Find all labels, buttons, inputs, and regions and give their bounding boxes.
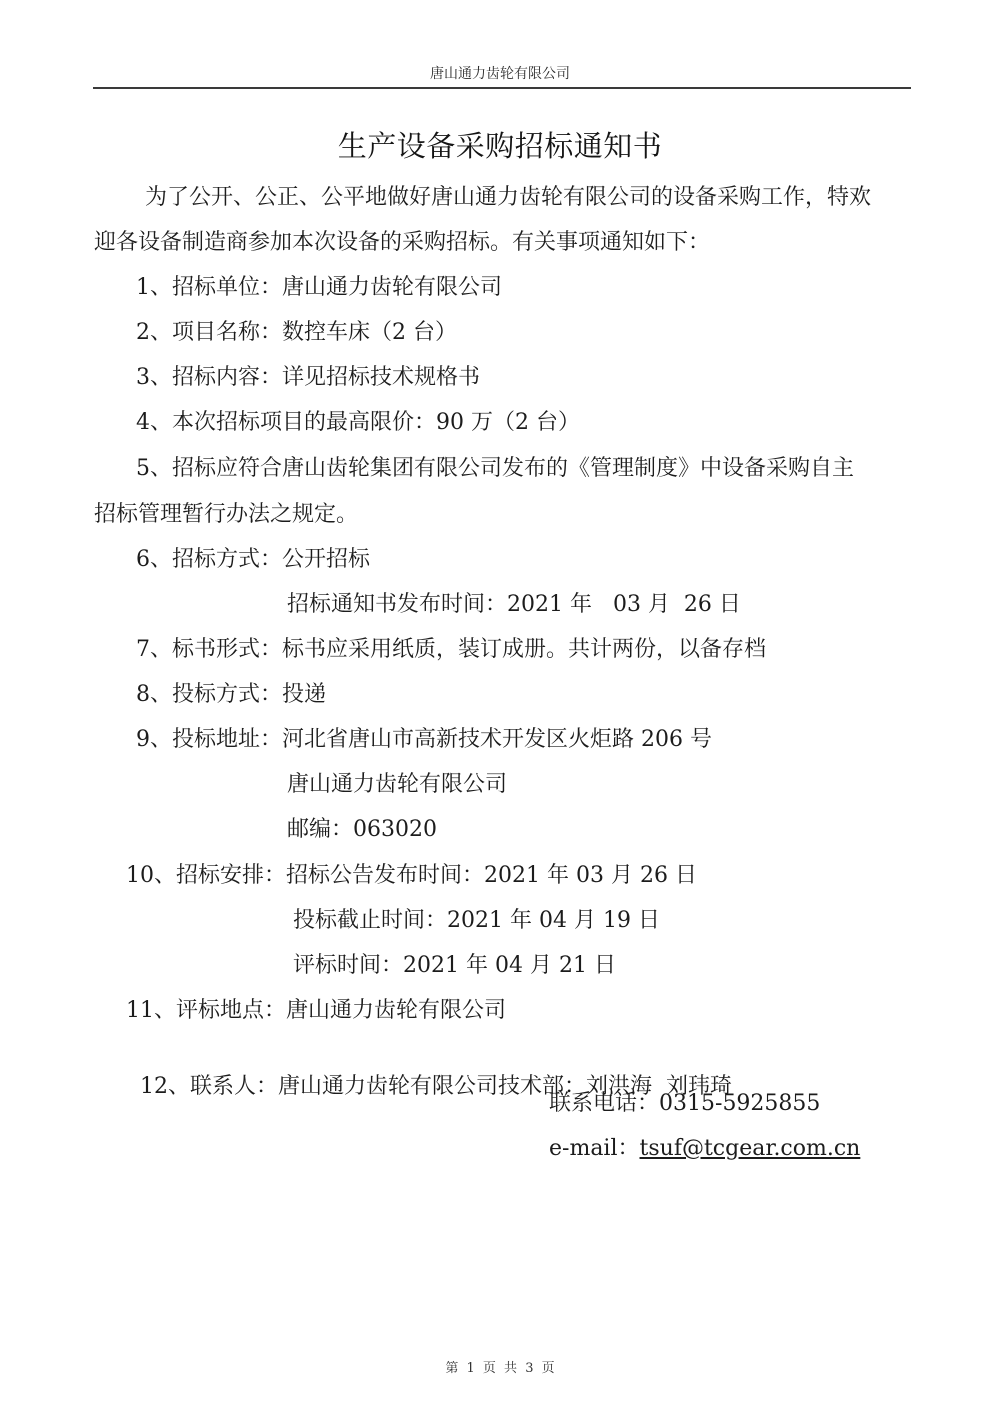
phone-number: 0315-5925855: [659, 1091, 820, 1116]
item-10-bid-deadline: 投标截止时间：2021 年 04 月 19 日: [293, 906, 660, 936]
item-2-project-name: 2、项目名称：数控车床（2 台）: [136, 318, 457, 348]
page-indicator: 第 1 页 共 3 页: [0, 1357, 1000, 1376]
item-10-evaluation-time: 评标时间：2021 年 04 月 21 日: [293, 951, 616, 981]
item-number: 12、: [140, 1074, 190, 1099]
contact-phone: 联系电话：0315-5925855: [549, 1089, 820, 1119]
item-number: 8、: [136, 682, 172, 707]
item-label: 联系人：: [190, 1074, 278, 1099]
item-4-max-price: 4、本次招标项目的最高限价：90 万（2 台）: [136, 408, 580, 438]
item-label: 招标单位：: [172, 275, 282, 300]
item-value: 详见招标技术规格书: [282, 365, 480, 390]
item-value: 公开招标: [282, 547, 370, 572]
item-label: 招标内容：: [172, 365, 282, 390]
item-number: 3、: [136, 365, 172, 390]
email-label: e-mail：: [549, 1136, 640, 1161]
item-label: 项目名称：: [172, 320, 282, 345]
item-number: 5、: [136, 456, 172, 481]
intro-paragraph-line-1: 为了公开、公正、公平地做好唐山通力齿轮有限公司的设备采购工作，特欢: [145, 183, 871, 213]
intro-paragraph-line-2: 迎各设备制造商参加本次设备的采购招标。有关事项通知如下：: [94, 228, 710, 258]
item-label: 投标地址：: [172, 727, 282, 752]
item-label: 招标方式：: [172, 547, 282, 572]
item-value: 投递: [282, 682, 326, 707]
item-number: 2、: [136, 320, 172, 345]
item-value: 招标公告发布时间：2021 年 03 月 26 日: [286, 863, 697, 888]
item-6-notice-release-time: 招标通知书发布时间：2021 年 03 月 26 日: [287, 590, 741, 620]
item-9-address-company: 唐山通力齿轮有限公司: [287, 770, 507, 800]
header-divider: [93, 87, 911, 89]
item-number: 10、: [126, 863, 176, 888]
item-label: 招标安排：: [176, 863, 286, 888]
item-1-bid-unit: 1、招标单位：唐山通力齿轮有限公司: [136, 273, 502, 303]
item-9-submission-address: 9、投标地址：河北省唐山市高新技术开发区火炬路 206 号: [136, 725, 712, 755]
item-5-regulation-continuation: 招标管理暂行办法之规定。: [94, 500, 358, 530]
email-link[interactable]: tsuf@tcgear.com.cn: [640, 1136, 861, 1161]
item-value: 90 万（2 台）: [436, 410, 580, 435]
item-number: 11、: [126, 998, 176, 1023]
item-label: 本次招标项目的最高限价：: [172, 410, 436, 435]
item-value: 招标应符合唐山齿轮集团有限公司发布的《管理制度》中设备采购自主: [172, 456, 854, 481]
item-value: 唐山通力齿轮有限公司: [286, 998, 506, 1023]
item-10-schedule: 10、招标安排：招标公告发布时间：2021 年 03 月 26 日: [126, 861, 697, 891]
page-header-company: 唐山通力齿轮有限公司: [0, 63, 1000, 83]
item-value: 数控车床（2 台）: [282, 320, 457, 345]
contact-email: e-mail：tsuf@tcgear.com.cn: [549, 1134, 860, 1164]
item-label: 标书形式：: [172, 637, 282, 662]
item-7-document-form: 7、标书形式：标书应采用纸质，装订成册。共计两份，以备存档: [136, 635, 766, 665]
item-number: 1、: [136, 275, 172, 300]
document-title: 生产设备采购招标通知书: [0, 124, 1000, 165]
item-label: 评标地点：: [176, 998, 286, 1023]
item-number: 9、: [136, 727, 172, 752]
item-label: 投标方式：: [172, 682, 282, 707]
phone-label: 联系电话：: [549, 1091, 659, 1116]
item-3-bid-content: 3、招标内容：详见招标技术规格书: [136, 363, 480, 393]
item-5-regulation: 5、招标应符合唐山齿轮集团有限公司发布的《管理制度》中设备采购自主: [136, 454, 854, 484]
item-value: 河北省唐山市高新技术开发区火炬路 206 号: [282, 727, 712, 752]
item-value: 唐山通力齿轮有限公司: [282, 275, 502, 300]
item-number: 6、: [136, 547, 172, 572]
item-9-postal-code: 邮编：063020: [287, 815, 437, 845]
item-6-bid-method: 6、招标方式：公开招标: [136, 545, 370, 575]
item-11-evaluation-location: 11、评标地点：唐山通力齿轮有限公司: [126, 996, 506, 1026]
item-value: 标书应采用纸质，装订成册。共计两份，以备存档: [282, 637, 766, 662]
item-8-submission-method: 8、投标方式：投递: [136, 680, 326, 710]
item-number: 4、: [136, 410, 172, 435]
item-number: 7、: [136, 637, 172, 662]
